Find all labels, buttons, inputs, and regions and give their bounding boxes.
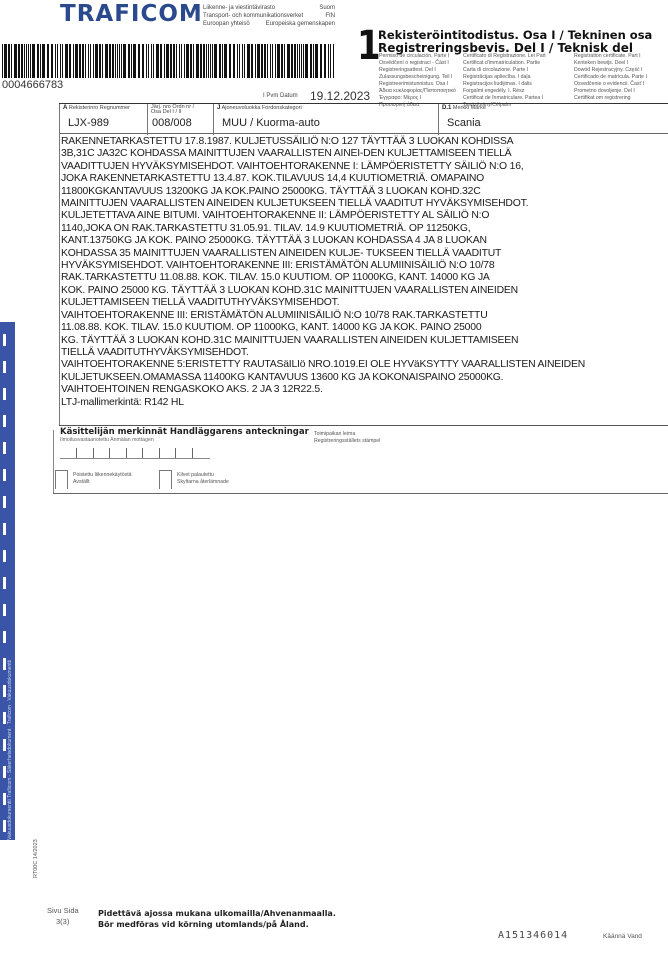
remark-line: JOKA RAKENNETARKASTETTU 13.4.87. KOK.TIL… — [61, 173, 668, 185]
barcode-number: 0004666783 — [2, 79, 63, 91]
remark-line: VAIHTOEHTORAKENNE 5:ERISTETTY RAUTASäILI… — [61, 359, 668, 371]
translation-line: Reģistrācijas apliecība. I daļa — [463, 74, 546, 81]
footer-note-sv: Bör medföras vid körning utomlands/på Ål… — [98, 920, 309, 929]
remark-line: VAADITTUJEN HYVÄKSYMISEHDOT. VAIHTOEHTOR… — [61, 161, 668, 173]
translation-line: Kenteken bewijs. Deel I — [574, 60, 647, 67]
agency-line-sv: Transport- och kommunikationsverket — [203, 12, 303, 20]
remark-line: KULJETUKSEEN.OMAMASSA 11400KG KANTAVUUS … — [61, 372, 668, 384]
stamp-label-fi: Toimipaikan leima — [314, 431, 380, 438]
country-label: Suom — [319, 4, 335, 12]
form-code: RT00C 14/2023 — [33, 839, 39, 878]
checkbox-label-line: Avställt — [73, 479, 132, 486]
translations-col-1: Permiso de circulación. Parte IOsvědčení… — [379, 53, 456, 109]
field-label: Rekisterinro Regnummer — [69, 105, 130, 111]
checkbox-plates-label: Kilvet palautettu Skyltarna återlämnade — [177, 472, 229, 486]
field-order-number: Järj. nro Ordn nr / Osa Del I / II 008/0… — [147, 104, 213, 135]
remarks-text: RAKENNETARKASTETTU 17.8.1987. KULJETUSSÄ… — [61, 136, 668, 409]
checkbox-label-line: Skyltarna återlämnade — [177, 479, 229, 486]
remark-line: 11800KGKANTAVUUS 13200KG JA KOK.PAINO 25… — [61, 186, 668, 198]
translations-col-3: Registration certificate. Part IKenteken… — [574, 53, 647, 102]
agency-name: Liikenne- ja viestintävirastoSuom Transp… — [203, 4, 335, 28]
translation-line: Registreerimistunnistus. Osa I — [379, 81, 456, 88]
remark-line: TIELLÄ VAADITUTHYVÄKSYMISEHDOT. — [61, 347, 668, 359]
translation-line: Zulassungsbescheinigung. Teil I — [379, 74, 456, 81]
country-code: FIN — [325, 12, 335, 20]
page-number: 3(3) — [56, 917, 69, 926]
remark-line: HYVÄKSYMISEHDOT. VAIHTOEHTORAKENNE III: … — [61, 260, 668, 272]
stamp-label: Toimipaikan leima Registreringsställets … — [314, 431, 380, 445]
handler-bottom-line — [53, 493, 668, 494]
remark-line: 1140,JOKA ON RAK.TARKASTETTU 31.05.91. T… — [61, 223, 668, 235]
date-entry-ticks — [60, 447, 210, 459]
issue-date: 19.12.2023 — [310, 89, 370, 103]
remark-line: KULJETTAMISEEN TIELLÄ VAADITUTHYVÄKSYMIS… — [61, 297, 668, 309]
barcode — [2, 44, 335, 78]
handler-divider — [59, 425, 668, 426]
remark-line: LTJ-mallimerkintä: R142 HL — [61, 397, 668, 409]
translations-col-2: Certificato di Registrazione. Lei PartCe… — [463, 53, 546, 109]
vehicle-fields: A Rekisterinro Regnummer LJX-989 Järj. n… — [59, 103, 668, 134]
checkbox-label-line: Kilvet palautettu — [177, 472, 229, 479]
translation-line: Certificado de matrícula. Parte I — [574, 74, 647, 81]
translation-line: Osvedčenie o evidencii. Časť I — [574, 81, 647, 88]
translation-line: Dowód Rejestracyjny. Część I — [574, 67, 647, 74]
footer-note-fi: Pidettävä ajossa mukana ulkomailla/Ahven… — [98, 909, 336, 918]
stamp-label-sv: Registreringsställets stämpel — [314, 438, 380, 445]
remark-line: 3B,31C JA32C KOHDASSA MAINITTUJEN VAARAL… — [61, 148, 668, 160]
translation-line: Permiso de circulación. Parte I — [379, 53, 456, 60]
serial-number: A151346014 — [498, 930, 568, 941]
remark-line: MAINITTUJEN VAARALLISTEN AINEIDEN KULJET… — [61, 198, 668, 210]
vehicle-make: Scania — [447, 117, 481, 129]
remark-line: KULJETETTAVA AINE BITUMI. VAIHTOEHTORAKE… — [61, 210, 668, 222]
checkbox-plates-returned[interactable] — [159, 470, 172, 489]
field-label: Järj. nro Ordn nr / Osa Del I / II — [151, 105, 201, 115]
security-strip-text: Vakuusdokumentti Trafiicom · Säkerhetsdo… — [7, 322, 15, 840]
eu-label-sv: Europeiska gemenskapen — [266, 20, 335, 28]
remark-line: 11.08.88. KOK. TILAV. 15.0 KUUTIOM. OP 1… — [61, 322, 668, 334]
translation-line: Carta di circolazione. Parte I — [463, 67, 546, 74]
remark-line: KG. TÄYTTÄÄ 3 LUOKAN KOHD.31C MAINITTUJE… — [61, 335, 668, 347]
translation-line: Registreringsattest. Del I — [379, 67, 456, 74]
translation-line: Certifikat om registrering — [574, 95, 647, 102]
translation-line: Osvědčení o registraci - Část I — [379, 60, 456, 67]
checkbox-removed-from-traffic[interactable] — [55, 470, 68, 489]
agency-line-fi: Liikenne- ja viestintävirasto — [203, 4, 275, 12]
translation-line: Forgalmi engedély. I. Rész — [463, 88, 546, 95]
vehicle-category: MUU / Kuorma-auto — [222, 117, 320, 129]
translation-line: Άδεια κυκλοφορίας/Πιστοποιητικό — [379, 88, 456, 95]
handler-border — [53, 430, 54, 494]
translation-line: Certificat d'immatriculation. Partie — [463, 60, 546, 67]
remarks-frame — [59, 134, 60, 426]
remark-line: VAIHTOEHTORAKENNE III: ERISTÄMÄTÖN ALUMI… — [61, 310, 668, 322]
strip-text: Vakuusdokumentti Trafiicom · Säkerhetsdo… — [7, 322, 13, 840]
field-vehicle-category: J Ajoneuvoluokka Fordonskategori MUU / K… — [213, 104, 438, 135]
registration-number: LJX-989 — [68, 117, 109, 129]
remark-line: RAK.TARKASTETTU 11.08.88. KOK. TILAV. 15… — [61, 272, 668, 284]
certificate-title-fi: Rekisteröintitodistus. Osa I / Tekninen … — [378, 28, 652, 42]
field-code: J — [217, 105, 220, 111]
remark-line: RAKENNETARKASTETTU 17.8.1987. KULJETUSSÄ… — [61, 136, 668, 148]
remark-line: KOHDASSA 35 MAINITTUJEN VAARALLISTEN AIN… — [61, 248, 668, 260]
handler-title: Käsittelijän merkinnät Handläggarens ant… — [60, 427, 309, 437]
translation-line: Registracijos liudijimas. I dalis — [463, 81, 546, 88]
checkbox-removed-label: Poistettu liikennekäytöstä Avställt — [73, 472, 132, 486]
date-label: I Pvm Datum — [263, 93, 298, 99]
order-number: 008/008 — [152, 117, 192, 129]
translation-line: Certificat de înmatriculare. Partea I — [463, 95, 546, 102]
turn-page-label: Käännä Vand — [603, 933, 642, 940]
eu-label-fi: Euroopan yhteisö — [203, 20, 250, 28]
page-label: Sivu Sida — [47, 906, 79, 915]
traficom-logo: TRAFICOM — [60, 1, 203, 27]
remark-line: VAIHTOEHTOINEN RENGASKOKO AKS. 2 JA 3 12… — [61, 384, 668, 396]
translation-line: Έγγραφο: Μέρος I — [379, 95, 456, 102]
translation-line: Prometno dovoljenje. Del I — [574, 88, 647, 95]
field-registration: A Rekisterinro Regnummer LJX-989 — [59, 104, 147, 135]
field-label: Merkki Märke — [453, 105, 486, 111]
field-make: D.1 Merkki Märke Scania — [438, 104, 668, 135]
field-code: A — [63, 105, 67, 111]
checkbox-label-line: Poistettu liikennekäytöstä — [73, 472, 132, 479]
translation-line: Certificato di Registrazione. Lei Part — [463, 53, 546, 60]
handler-subtitle: Ilmoitusvastaanotettu Anmälan mottagen — [60, 437, 154, 443]
remark-line: KANT.13750KG JA KOK. PAINO 25000KG. TÄYT… — [61, 235, 668, 247]
field-code: D.1 — [442, 105, 451, 111]
remark-line: KOK. PAINO 25000 KG. TÄYTTÄÄ 3 LUOKAN KO… — [61, 285, 668, 297]
field-label: Ajoneuvoluokka Fordonskategori — [222, 105, 302, 111]
translation-line: Registration certificate. Part I — [574, 53, 647, 60]
